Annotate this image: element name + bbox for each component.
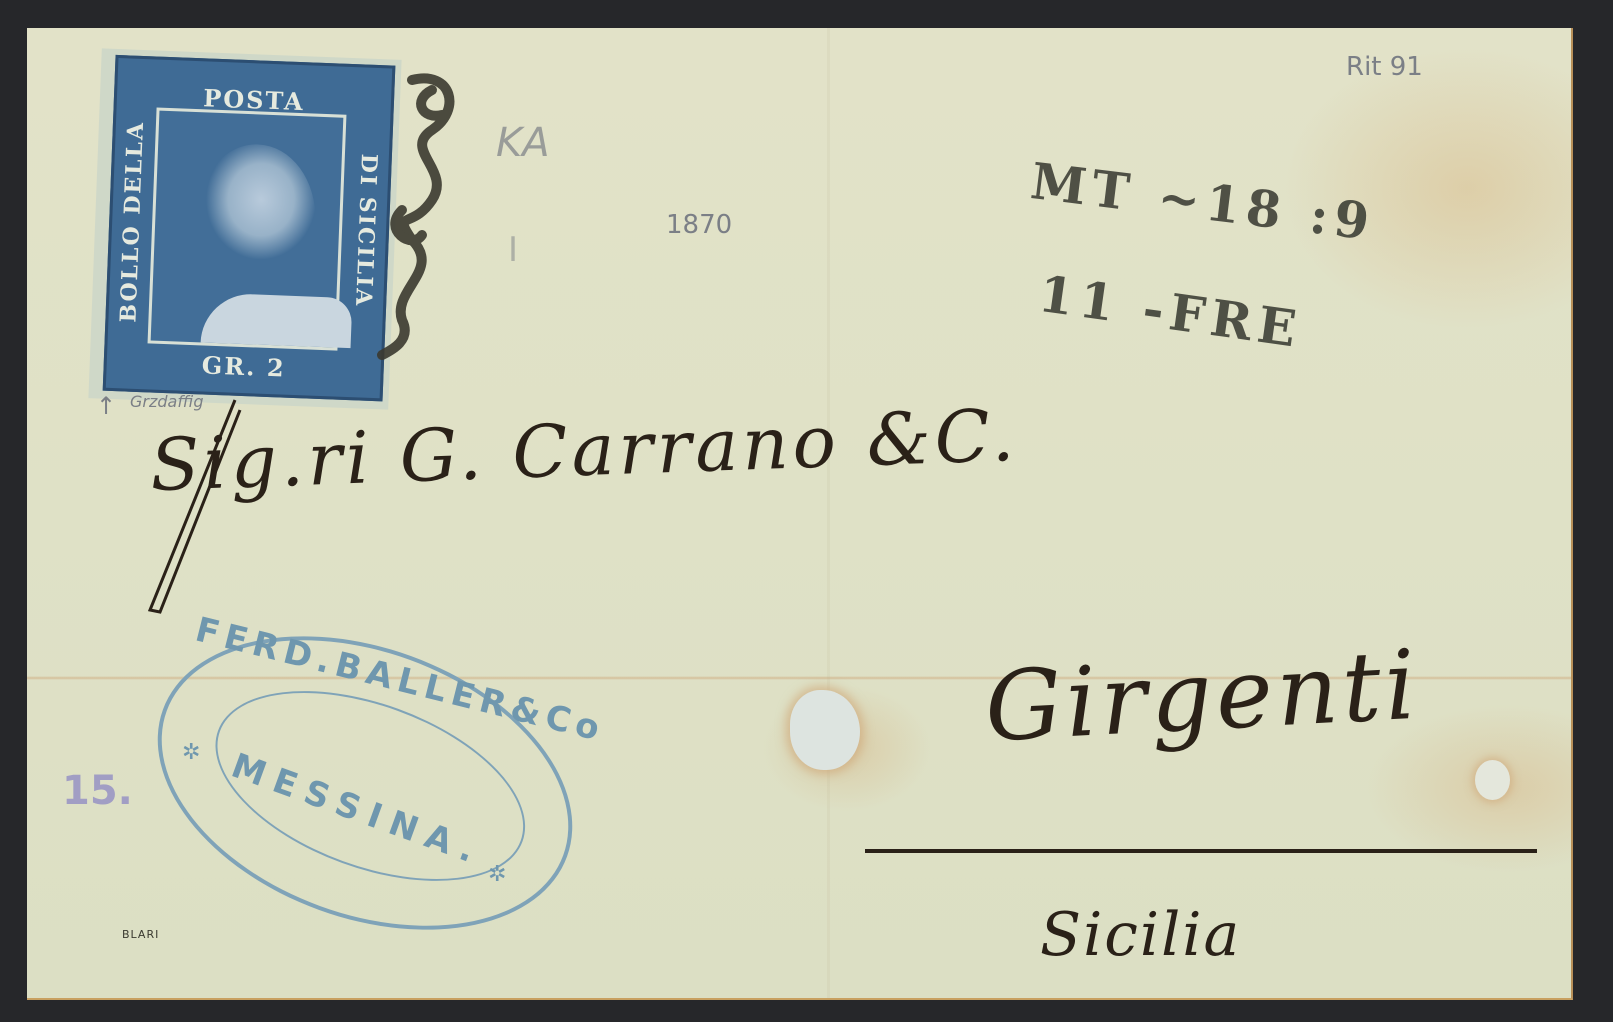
- stamp-design: POSTA BOLLO DELLA DI SICILIA GR. 2: [103, 55, 396, 402]
- pencil-roman-numeral: I: [508, 230, 518, 270]
- address-underline: [865, 849, 1537, 853]
- postage-stamp: POSTA BOLLO DELLA DI SICILIA GR. 2: [88, 48, 401, 409]
- vertical-crease: [827, 28, 830, 998]
- pencil-year: 1870: [666, 210, 732, 240]
- destination-city: Girgenti: [982, 629, 1422, 764]
- king-portrait-icon: [193, 142, 319, 296]
- violet-handstamp: 15.: [62, 768, 133, 814]
- pencil-initials: KA: [496, 120, 550, 166]
- cachet-star-icon: ✲: [488, 862, 512, 887]
- small-label: BLARI: [122, 928, 159, 941]
- stamp-left-text: BOLLO DELLA: [115, 101, 150, 342]
- portrait-bust: [201, 292, 353, 348]
- paper-stain: [1475, 760, 1510, 800]
- paper-stain: [790, 690, 860, 770]
- stamp-portrait-frame: [148, 108, 347, 351]
- handwriting-flourish: [140, 380, 440, 620]
- ornamental-cancel-icon: [372, 60, 464, 360]
- destination-region: Sicilia: [1040, 900, 1241, 970]
- cachet-star-icon: ✲: [182, 740, 206, 765]
- pencil-reference: Rit 91: [1346, 52, 1423, 82]
- arrow-up-icon: ↑: [96, 392, 116, 420]
